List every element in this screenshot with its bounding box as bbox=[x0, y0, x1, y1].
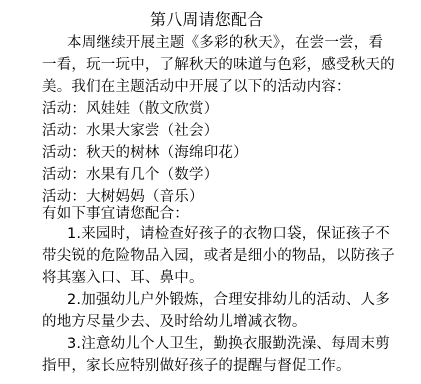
activity-item-3: 活动：秋天的树林（海绵印花） bbox=[42, 144, 248, 162]
notice-1-line-1: 1.来园时，请检查好孩子的衣物口袋，保证孩子不 bbox=[67, 225, 390, 243]
activity-item-5: 活动：大树妈妈（音乐） bbox=[42, 188, 204, 206]
notice-2-line-1: 2.加强幼儿户外锻炼，合理安排幼儿的活动、人多 bbox=[67, 291, 390, 309]
notice-3-line-1: 3.注意幼儿个人卫生，勤换衣服勤洗澡、每周末剪 bbox=[67, 335, 390, 353]
activity-item-4: 活动：水果有几个（数学） bbox=[42, 166, 218, 184]
notice-1-line-3: 将其塞入口、耳、鼻中。 bbox=[42, 269, 204, 287]
notice-1-line-2: 带尖锐的危险物品入园，或者是细小的物品，以防孩子 bbox=[42, 247, 395, 265]
intro-line-2: 一看，玩一玩中，了解秋天的味道与色彩，感受秋天的 bbox=[42, 56, 395, 74]
activity-item-1: 活动：风娃娃（散文欣赏） bbox=[42, 100, 218, 118]
activity-item-2: 活动：水果大家尝（社会） bbox=[42, 122, 218, 140]
notice-3-line-2: 指甲，家长应特别做好孩子的提醒与督促工作。 bbox=[42, 357, 351, 375]
notice-2-line-2: 的地方尽量少去、及时给幼儿增减衣物。 bbox=[42, 313, 307, 331]
document-title: 第八周请您配合 bbox=[150, 11, 263, 29]
notice-heading: 有如下事宜请您配合： bbox=[42, 205, 189, 223]
notice-document: 第八周请您配合 本周继续开展主题《多彩的秋天》，在尝一尝，看 一看，玩一玩中，了… bbox=[0, 0, 421, 384]
intro-line-3: 美。我们在主题活动中开展了以下的活动内容： bbox=[42, 78, 351, 96]
intro-line-1: 本周继续开展主题《多彩的秋天》，在尝一尝，看 bbox=[67, 34, 383, 52]
